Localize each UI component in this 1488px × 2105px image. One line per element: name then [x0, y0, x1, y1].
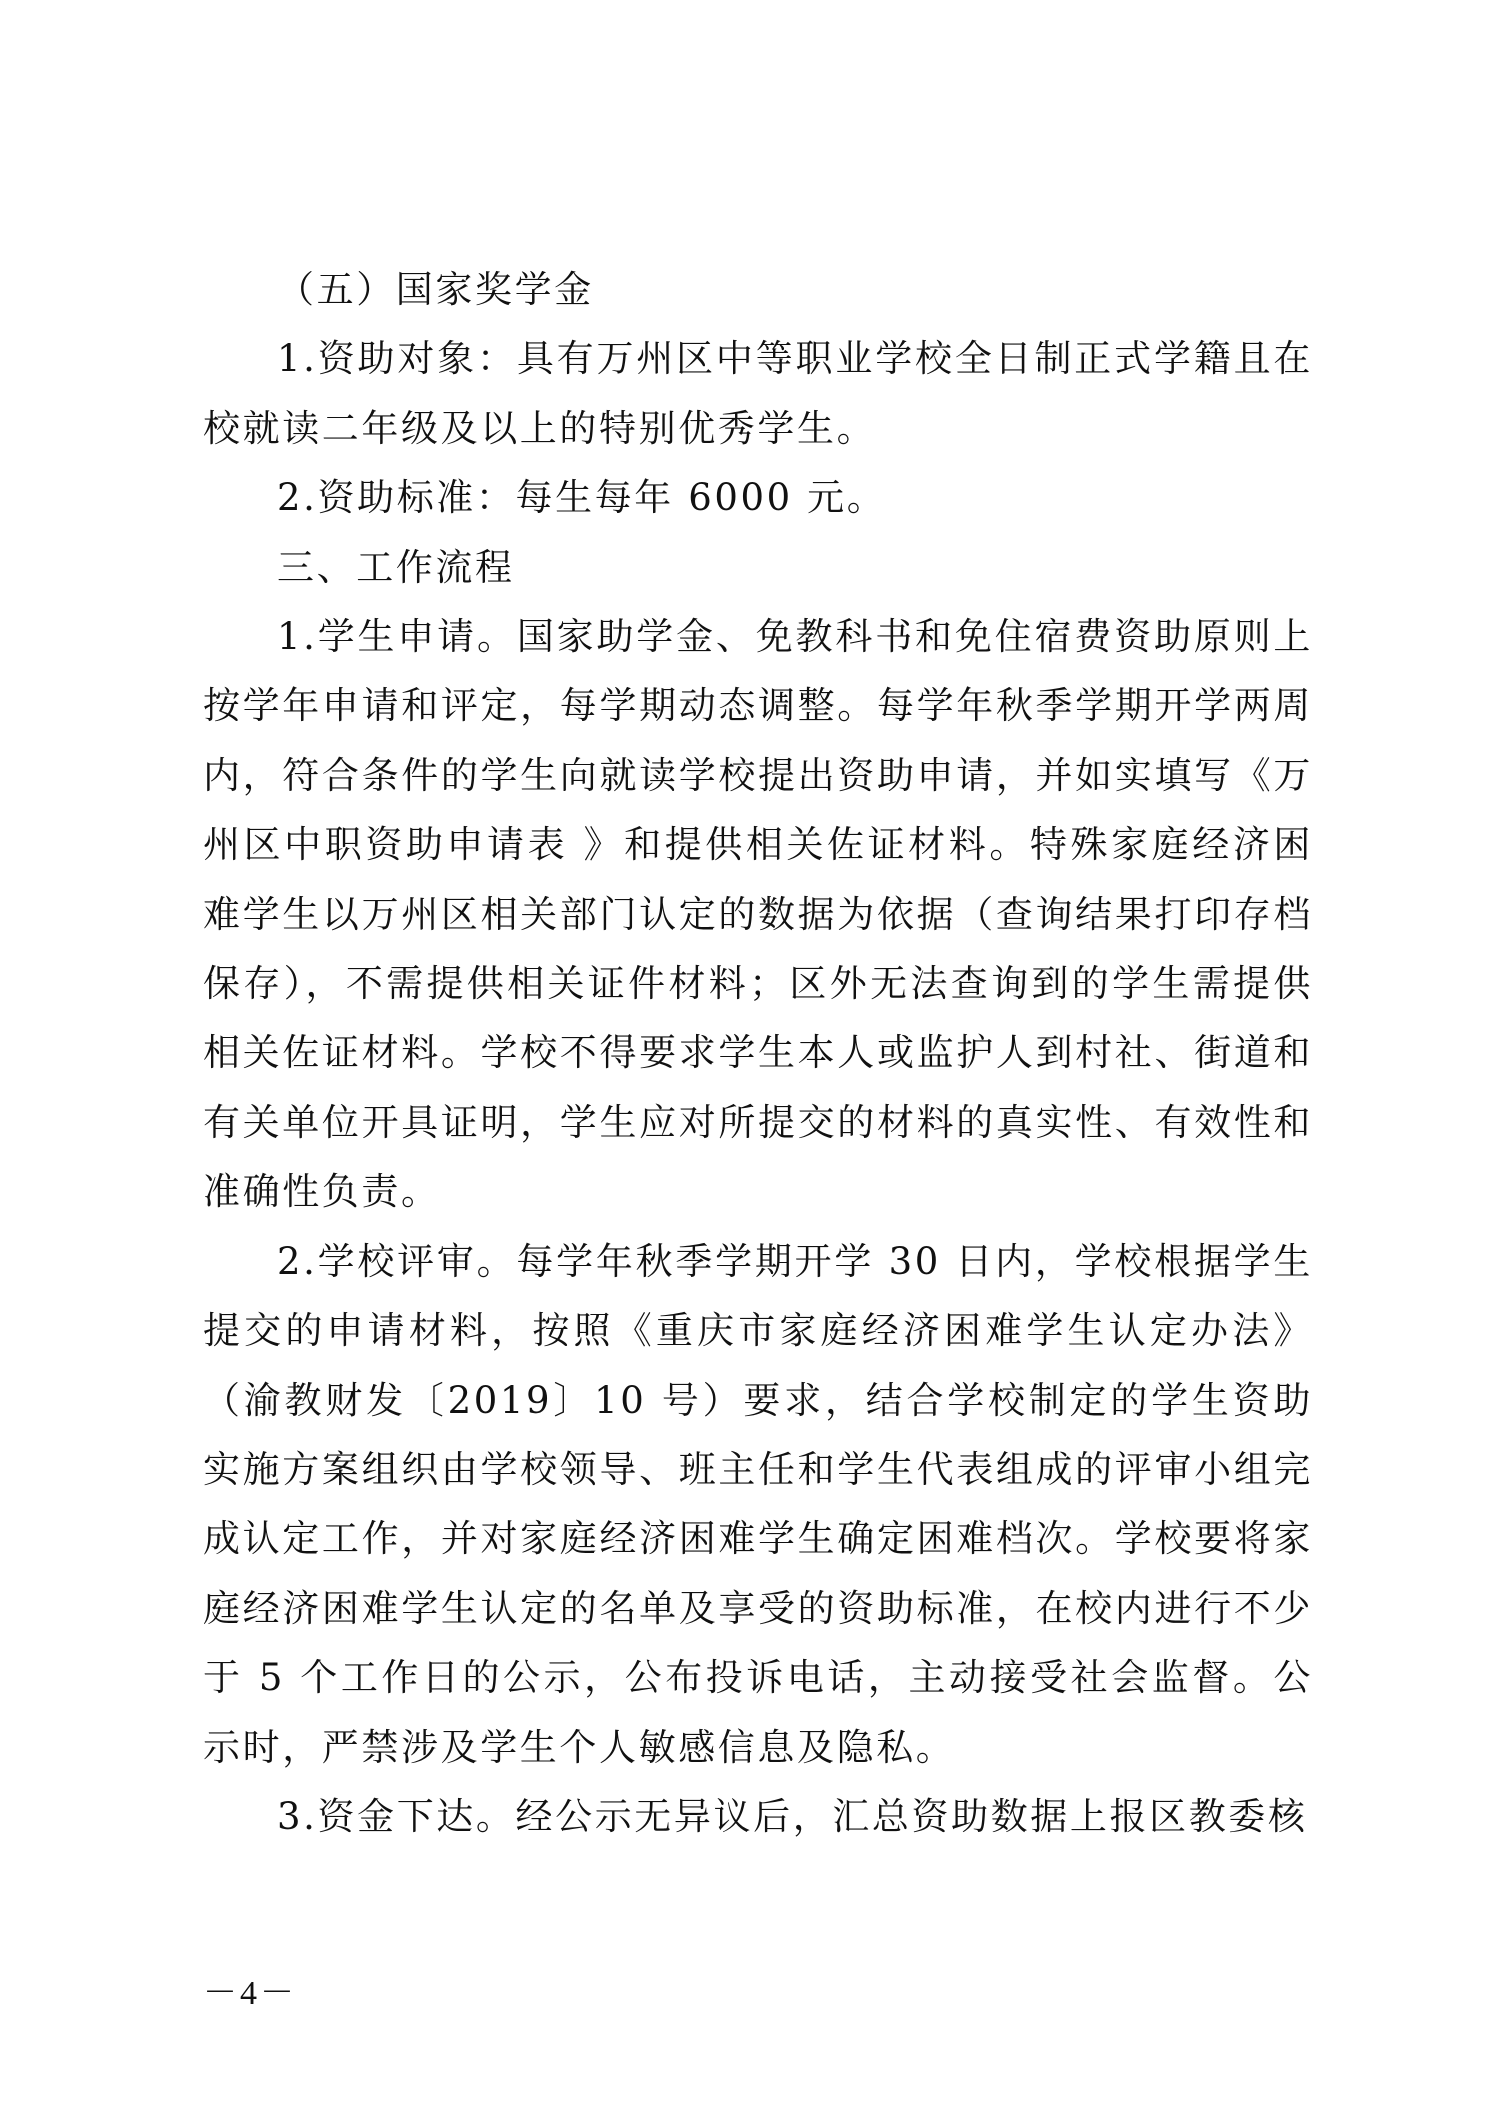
paragraph-funding-target: 1.资助对象：具有万州区中等职业学校全日制正式学籍且在校就读二年级及以上的特别优…	[203, 324, 1313, 463]
section-heading-workflow: 三、工作流程	[203, 533, 1313, 602]
document-body: （五）国家奖学金 1.资助对象：具有万州区中等职业学校全日制正式学籍且在校就读二…	[203, 255, 1313, 1851]
paragraph-funding-standard: 2.资助标准：每生每年 6000 元。	[203, 463, 1313, 532]
paragraph-student-application: 1.学生申请。国家助学金、免教科书和免住宿费资助原则上按学年申请和评定，每学期动…	[203, 602, 1313, 1227]
paragraph-fund-allocation: 3.资金下达。经公示无异议后，汇总资助数据上报区教委核	[203, 1782, 1313, 1851]
page-number: －4－	[203, 1965, 297, 2014]
paragraph-school-review: 2.学校评审。每学年秋季学期开学 30 日内，学校根据学生提交的申请材料，按照《…	[203, 1227, 1313, 1782]
document-page: （五）国家奖学金 1.资助对象：具有万州区中等职业学校全日制正式学籍且在校就读二…	[0, 0, 1488, 2105]
subheading-national-scholarship: （五）国家奖学金	[203, 255, 1313, 324]
